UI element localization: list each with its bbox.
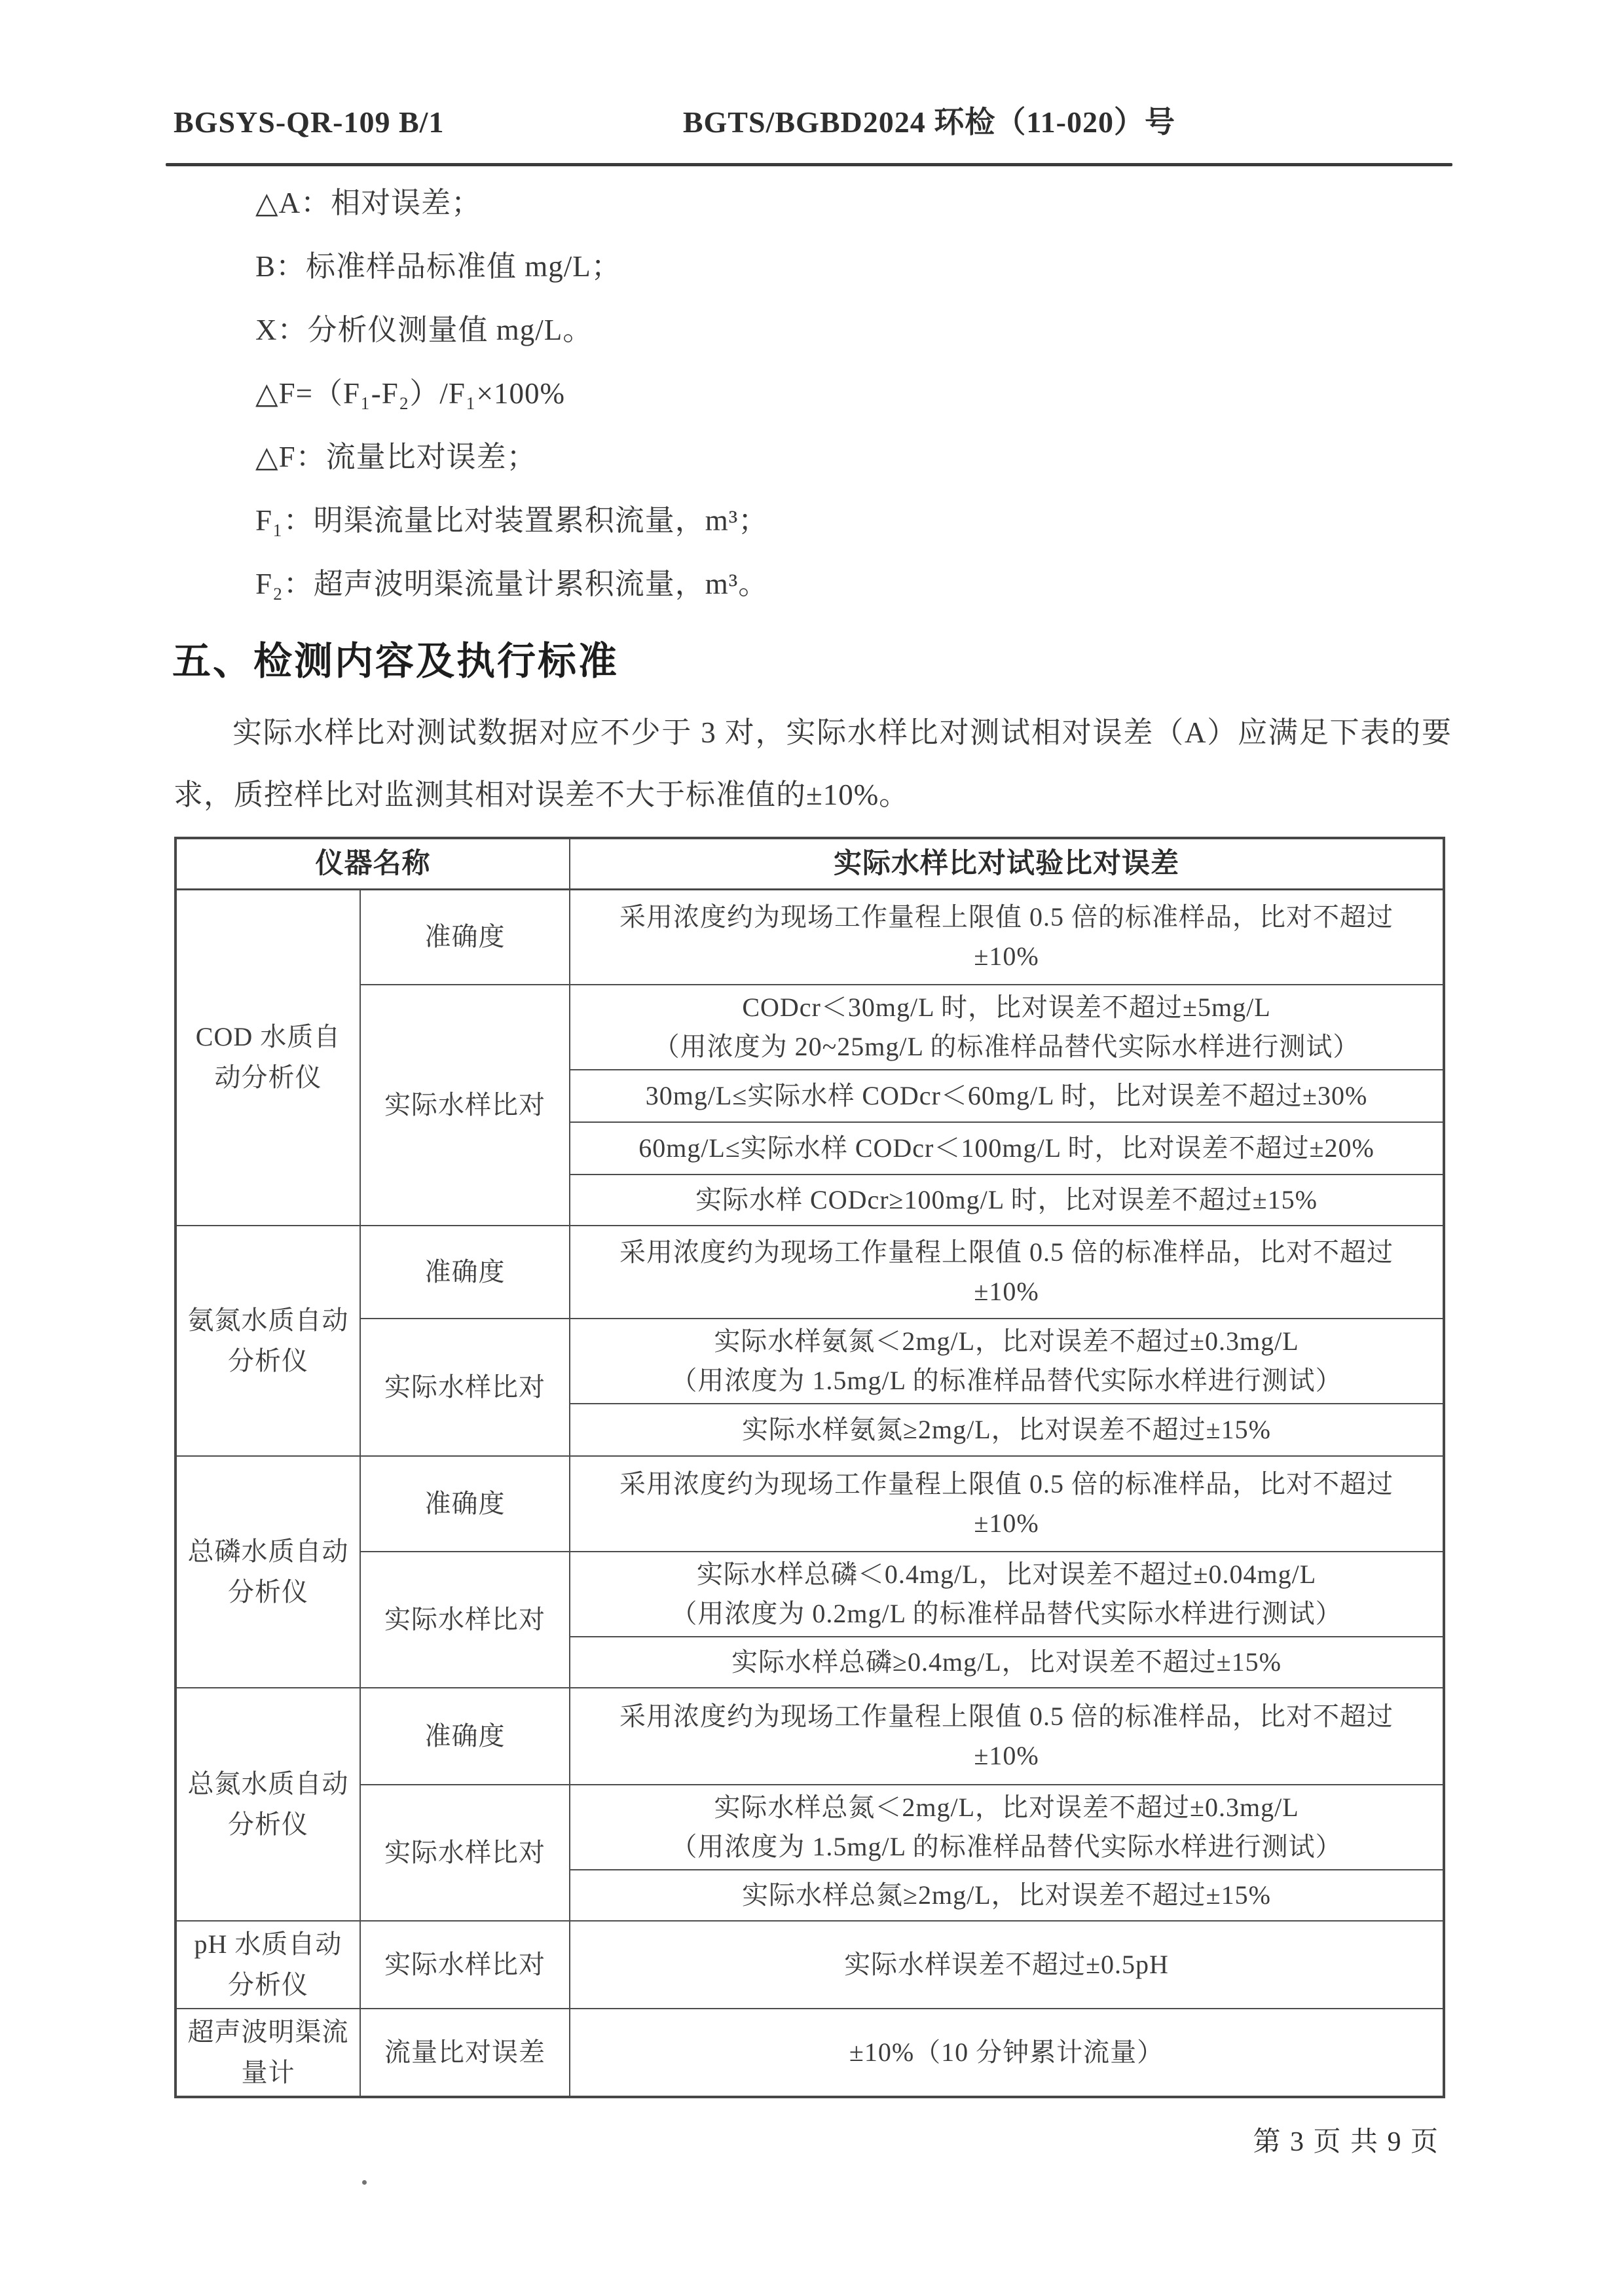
tp-comparison-row2-cell: 实际水样总磷≥0.4mg/L，比对误差不超过±15% [570,1637,1444,1688]
table-row: 实际水样比对 CODcr＜30mg/L 时，比对误差不超过±5mg/L （用浓度… [175,985,1444,1070]
tn-accuracy-value-cell: 采用浓度约为现场工作量程上限值 0.5 倍的标准样品，比对不超过 ±10% [570,1688,1444,1785]
comparison-table: 仪器名称 实际水样比对试验比对误差 COD 水质自动分析仪 准确度 采用浓度约为… [174,837,1445,2098]
table-row: 实际水样比对 实际水样总氮＜2mg/L，比对误差不超过±0.3mg/L （用浓度… [175,1785,1444,1870]
cell-line: 实际水样总氮＜2mg/L，比对误差不超过±0.3mg/L [577,1788,1436,1827]
nh3n-accuracy-value-cell: 采用浓度约为现场工作量程上限值 0.5 倍的标准样品，比对不超过 ±10% [570,1226,1444,1319]
table-row: 实际水样比对 实际水样氨氮＜2mg/L，比对误差不超过±0.3mg/L （用浓度… [175,1319,1444,1404]
table-row: 实际水样比对 实际水样总磷＜0.4mg/L，比对误差不超过±0.04mg/L （… [175,1552,1444,1637]
table-row: 超声波明渠流量计 流量比对误差 ±10%（10 分钟累计流量） [175,2009,1444,2097]
cell-line: 采用浓度约为现场工作量程上限值 0.5 倍的标准样品，比对不超过 [577,898,1436,937]
cod-comparison-row3-cell: 60mg/L≤实际水样 CODcr＜100mg/L 时，比对误差不超过±20% [570,1122,1444,1175]
table-row: 总氮水质自动分析仪 准确度 采用浓度约为现场工作量程上限值 0.5 倍的标准样品… [175,1688,1444,1785]
document-page: BGSYS-QR-109 B/1 BGTS/BGBD2024 环检（11-020… [0,0,1624,2296]
cell-line: （用浓度为 1.5mg/L 的标准样品替代实际水样进行测试） [577,1827,1436,1867]
cod-comparison-row4-cell: 实际水样 CODcr≥100mg/L 时，比对误差不超过±15% [570,1175,1444,1226]
cod-instrument-cell: COD 水质自动分析仪 [175,889,360,1226]
table-row: COD 水质自动分析仪 准确度 采用浓度约为现场工作量程上限值 0.5 倍的标准… [175,889,1444,985]
scan-artifact-dot [362,2180,367,2185]
table-row: 总磷水质自动分析仪 准确度 采用浓度约为现场工作量程上限值 0.5 倍的标准样品… [175,1456,1444,1552]
cell-line: 实际水样总磷＜0.4mg/L，比对误差不超过±0.04mg/L [577,1555,1436,1594]
nh3n-instrument-cell: 氨氮水质自动分析仪 [175,1226,360,1456]
page-header: BGSYS-QR-109 B/1 BGTS/BGBD2024 环检（11-020… [174,98,1450,141]
definition-line: F₁：明渠流量比对装置累积流量，m³； [255,489,768,553]
definition-line: △A：相对误差； [255,172,768,235]
tn-comparison-row2-cell: 实际水样总氮≥2mg/L，比对误差不超过±15% [570,1870,1444,1921]
cod-accuracy-value-cell: 采用浓度约为现场工作量程上限值 0.5 倍的标准样品，比对不超过 ±10% [570,889,1444,985]
table-row: pH 水质自动分析仪 实际水样比对 实际水样误差不超过±0.5pH [175,1921,1444,2009]
flow-value-cell: ±10%（10 分钟累计流量） [570,2009,1444,2097]
ph-value-cell: 实际水样误差不超过±0.5pH [570,1921,1444,2009]
definition-line: F₂：超声波明渠流量计累积流量，m³。 [255,553,768,616]
nh3n-comparison-row2-cell: 实际水样氨氮≥2mg/L，比对误差不超过±15% [570,1404,1444,1456]
cod-comparison-label-cell: 实际水样比对 [360,985,570,1226]
tp-comparison-label-cell: 实际水样比对 [360,1552,570,1688]
section-paragraph: 实际水样比对测试数据对应不少于 3 对，实际水样比对测试相对误差（A）应满足下表… [174,702,1452,826]
ph-comparison-label-cell: 实际水样比对 [360,1921,570,2009]
nh3n-comparison-row1-cell: 实际水样氨氮＜2mg/L，比对误差不超过±0.3mg/L （用浓度为 1.5mg… [570,1319,1444,1404]
definition-line: △F=（F₁-F₂）/F₁×100% [255,362,768,426]
cell-line: （用浓度为 0.2mg/L 的标准样品替代实际水样进行测试） [577,1594,1436,1633]
report-number: BGTS/BGBD2024 环检（11-020）号 [683,98,1175,141]
cell-line: ±10% [577,1504,1436,1543]
definitions-list: △A：相对误差； B：标准样品标准值 mg/L； X：分析仪测量值 mg/L。 … [255,172,768,616]
definition-line: B：标准样品标准值 mg/L； [255,235,768,299]
tn-accuracy-label-cell: 准确度 [360,1688,570,1785]
tn-comparison-row1-cell: 实际水样总氮＜2mg/L，比对误差不超过±0.3mg/L （用浓度为 1.5mg… [570,1785,1444,1870]
tp-comparison-row1-cell: 实际水样总磷＜0.4mg/L，比对误差不超过±0.04mg/L （用浓度为 0.… [570,1552,1444,1637]
nh3n-accuracy-label-cell: 准确度 [360,1226,570,1319]
table-row: 氨氮水质自动分析仪 准确度 采用浓度约为现场工作量程上限值 0.5 倍的标准样品… [175,1226,1444,1319]
header-rule [166,163,1452,166]
flow-comparison-label-cell: 流量比对误差 [360,2009,570,2097]
cod-comparison-row2-cell: 30mg/L≤实际水样 CODcr＜60mg/L 时，比对误差不超过±30% [570,1070,1444,1122]
table-header-row: 仪器名称 实际水样比对试验比对误差 [175,838,1444,889]
cell-line: 实际水样氨氮＜2mg/L，比对误差不超过±0.3mg/L [577,1322,1436,1361]
cell-line: 采用浓度约为现场工作量程上限值 0.5 倍的标准样品，比对不超过 [577,1465,1436,1504]
cod-comparison-row1-cell: CODcr＜30mg/L 时，比对误差不超过±5mg/L （用浓度为 20~25… [570,985,1444,1070]
cell-line: 采用浓度约为现场工作量程上限值 0.5 倍的标准样品，比对不超过 [577,1233,1436,1272]
definition-line: △F：流量比对误差； [255,426,768,489]
section-title: 五、检测内容及执行标准 [172,630,619,685]
form-code: BGSYS-QR-109 B/1 [174,105,444,139]
flow-instrument-cell: 超声波明渠流量计 [175,2009,360,2097]
header-cell-instrument: 仪器名称 [175,838,570,889]
cell-line: ±10% [577,1272,1436,1311]
cell-line: （用浓度为 1.5mg/L 的标准样品替代实际水样进行测试） [577,1361,1436,1400]
tp-instrument-cell: 总磷水质自动分析仪 [175,1456,360,1688]
tn-comparison-label-cell: 实际水样比对 [360,1785,570,1921]
definition-line: X：分析仪测量值 mg/L。 [255,299,768,362]
cod-accuracy-label-cell: 准确度 [360,889,570,985]
header-cell-error: 实际水样比对试验比对误差 [570,838,1444,889]
cell-line: （用浓度为 20~25mg/L 的标准样品替代实际水样进行测试） [577,1027,1436,1066]
ph-instrument-cell: pH 水质自动分析仪 [175,1921,360,2009]
tp-accuracy-value-cell: 采用浓度约为现场工作量程上限值 0.5 倍的标准样品，比对不超过 ±10% [570,1456,1444,1552]
cell-line: ±10% [577,1736,1436,1776]
tp-accuracy-label-cell: 准确度 [360,1456,570,1552]
cell-line: ±10% [577,937,1436,976]
tn-instrument-cell: 总氮水质自动分析仪 [175,1688,360,1921]
cell-line: CODcr＜30mg/L 时，比对误差不超过±5mg/L [577,988,1436,1027]
nh3n-comparison-label-cell: 实际水样比对 [360,1319,570,1456]
page-number: 第 3 页 共 9 页 [1253,2120,1439,2159]
cell-line: 采用浓度约为现场工作量程上限值 0.5 倍的标准样品，比对不超过 [577,1697,1436,1736]
